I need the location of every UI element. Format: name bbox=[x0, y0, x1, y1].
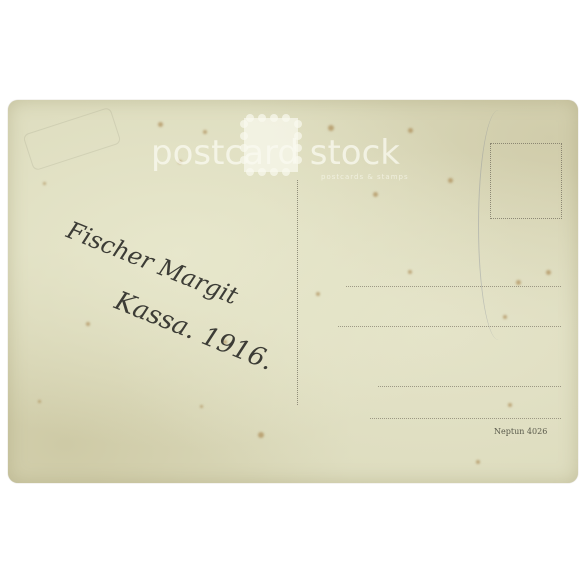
foxing-spot bbox=[546, 270, 551, 275]
foxing-spot bbox=[476, 460, 480, 464]
address-line bbox=[338, 326, 561, 327]
foxing-spot bbox=[373, 192, 378, 197]
foxing-spot bbox=[508, 403, 512, 407]
foxing-spot bbox=[158, 122, 163, 127]
stamp-logo-icon bbox=[236, 110, 306, 180]
foxing-spot bbox=[258, 432, 264, 438]
watermark-brand: postcard stock bbox=[151, 133, 400, 173]
foxing-spot bbox=[38, 400, 41, 403]
postcard-back: postcard stock postcards & stamps Fische… bbox=[8, 100, 578, 483]
address-line bbox=[378, 386, 561, 387]
publisher-imprint: Neptun 4026 bbox=[494, 427, 547, 436]
foxing-spot bbox=[408, 270, 412, 274]
foxing-spot bbox=[86, 322, 90, 326]
watermark-tagline: postcards & stamps bbox=[321, 173, 409, 181]
foxing-spot bbox=[448, 178, 453, 183]
center-divider bbox=[297, 180, 298, 405]
foxing-spot bbox=[328, 125, 334, 131]
foxing-spot bbox=[43, 182, 46, 185]
handwritten-place-date: Kassa. 1916. bbox=[110, 286, 277, 377]
foxing-spot bbox=[178, 160, 182, 164]
faint-postmark bbox=[22, 107, 121, 172]
foxing-spot bbox=[200, 405, 203, 408]
foxing-spot bbox=[408, 128, 413, 133]
foxing-spot bbox=[203, 130, 207, 134]
foxing-spot bbox=[316, 292, 320, 296]
address-line bbox=[370, 418, 561, 419]
stamp-box bbox=[490, 143, 562, 219]
address-line bbox=[346, 286, 561, 287]
handwritten-name: Fischer Margit bbox=[63, 216, 242, 310]
